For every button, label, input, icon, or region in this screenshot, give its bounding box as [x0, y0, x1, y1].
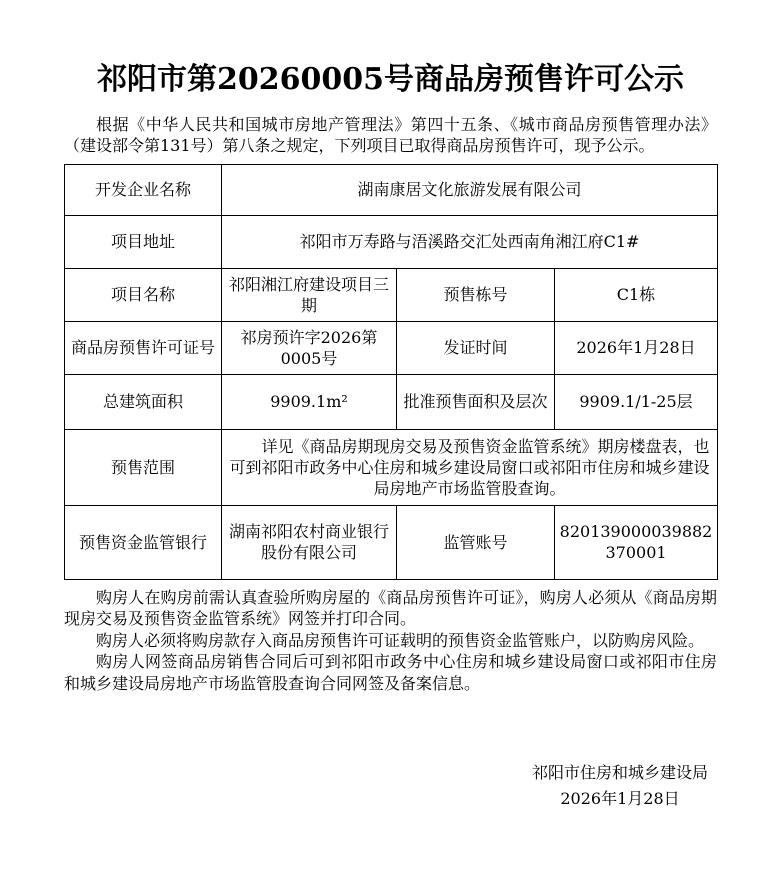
presale-scope-value-cell: 详见《商品房期现房交易及预售资金监管系统》期房楼盘表，也可到祁阳市政务中心住房和… — [222, 429, 718, 505]
building-no-value-cell: C1栋 — [555, 268, 718, 321]
issue-date-value-cell: 2026年1月28日 — [555, 321, 718, 374]
building-no-label-cell: 预售栋号 — [397, 268, 555, 321]
supervision-bank-value-cell: 湖南祁阳农村商业银行股份有限公司 — [222, 505, 397, 579]
notice-document: 祁阳市第20260005号商品房预售许可公示 根据《中华人民共和国城市房地产管理… — [64, 0, 717, 812]
note-paragraph-2: 购房人必须将购房款存入商品房预售许可证载明的预售资金监管账户，以防购房风险。 — [64, 630, 717, 652]
table-row-total-area: 总建筑面积 9909.1m² 批准预售面积及层次 9909.1/1-25层 — [65, 374, 718, 429]
supervision-account-value-cell: 820139000039882370001 — [555, 505, 718, 579]
address-label-cell: 项目地址 — [65, 215, 222, 268]
developer-label-cell: 开发企业名称 — [65, 164, 222, 215]
approved-area-label-cell: 批准预售面积及层次 — [397, 374, 555, 429]
permit-info-table: 开发企业名称 湖南康居文化旅游发展有限公司 项目地址 祁阳市万寿路与浯溪路交汇处… — [64, 164, 718, 580]
page-title: 祁阳市第20260005号商品房预售许可公示 — [64, 0, 717, 101]
developer-value-cell: 湖南康居文化旅游发展有限公司 — [222, 164, 718, 215]
presale-scope-label-cell: 预售范围 — [65, 429, 222, 505]
project-name-label-cell: 项目名称 — [65, 268, 222, 321]
table-row-presale-scope: 预售范围 详见《商品房期现房交易及预售资金监管系统》期房楼盘表，也可到祁阳市政务… — [65, 429, 718, 505]
issue-date-label-cell: 发证时间 — [397, 321, 555, 374]
intro-paragraph: 根据《中华人民共和国城市房地产管理法》第四十五条、《城市商品房预售管理办法》（建… — [64, 114, 717, 156]
permit-no-label-cell: 商品房预售许可证号 — [65, 321, 222, 374]
total-area-value-cell: 9909.1m² — [222, 374, 397, 429]
note-paragraph-1: 购房人在购房前需认真查验所购房屋的《商品房预售许可证》，购房人必须从《商品房期现… — [64, 587, 717, 630]
table-row-developer: 开发企业名称 湖南康居文化旅游发展有限公司 — [65, 164, 718, 215]
permit-no-value-cell: 祁房预许字2026第0005号 — [222, 321, 397, 374]
table-row-address: 项目地址 祁阳市万寿路与浯溪路交汇处西南角湘江府C1# — [65, 215, 718, 268]
table-row-permit-no: 商品房预售许可证号 祁房预许字2026第0005号 发证时间 2026年1月28… — [65, 321, 718, 374]
table-row-supervision-bank: 预售资金监管银行 湖南祁阳农村商业银行股份有限公司 监管账号 820139000… — [65, 505, 718, 579]
signature-date: 2026年1月28日 — [532, 786, 708, 812]
signature-organization: 祁阳市住房和城乡建设局 — [532, 760, 708, 786]
supervision-bank-label-cell: 预售资金监管银行 — [65, 505, 222, 579]
project-name-value-cell: 祁阳湘江府建设项目三期 — [222, 268, 397, 321]
address-value-cell: 祁阳市万寿路与浯溪路交汇处西南角湘江府C1# — [222, 215, 718, 268]
signature-block: 祁阳市住房和城乡建设局 2026年1月28日 — [532, 760, 708, 812]
table-row-project-name: 项目名称 祁阳湘江府建设项目三期 预售栋号 C1栋 — [65, 268, 718, 321]
approved-area-value-cell: 9909.1/1-25层 — [555, 374, 718, 429]
total-area-label-cell: 总建筑面积 — [65, 374, 222, 429]
note-paragraph-3: 购房人网签商品房销售合同后可到祁阳市政务中心住房和城乡建设局窗口或祁阳市住房和城… — [64, 651, 717, 694]
notes-section: 购房人在购房前需认真查验所购房屋的《商品房预售许可证》，购房人必须从《商品房期现… — [64, 587, 717, 695]
supervision-account-label-cell: 监管账号 — [397, 505, 555, 579]
